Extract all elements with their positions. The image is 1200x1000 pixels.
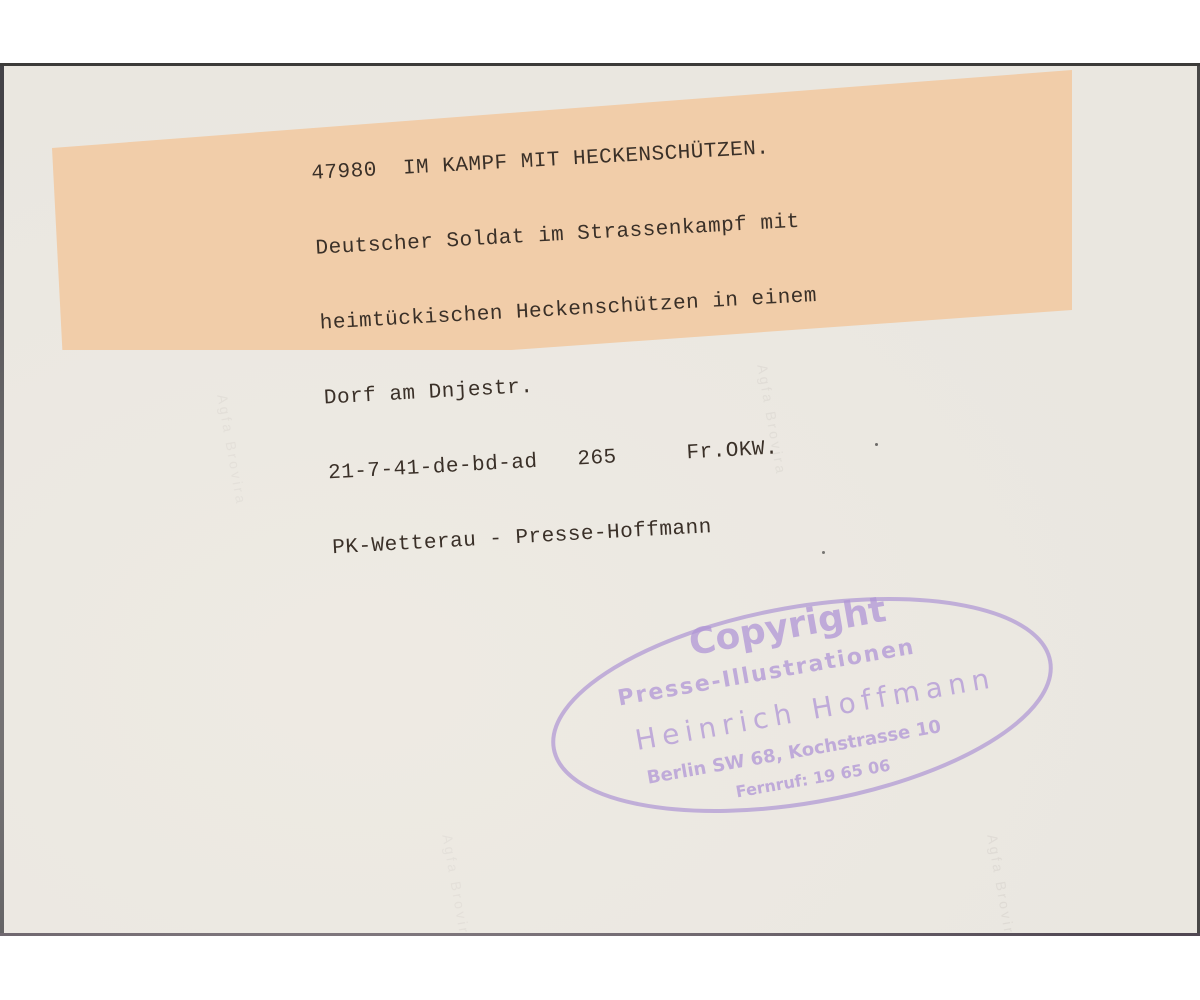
date-code: 21-7-41-de-bd-ad xyxy=(328,451,539,486)
caption-line-3: heimtückischen Heckenschützen in einem xyxy=(319,284,818,337)
caption-line-2: Deutscher Soldat im Strassenkampf mit xyxy=(315,209,814,262)
caption-line-5: 21-7-41-de-bd-ad265Fr.OKW. xyxy=(328,434,827,487)
photo-number: 47980 xyxy=(311,159,378,186)
ink-speck xyxy=(875,443,878,446)
caption-title: IM KAMPF MIT HECKENSCHÜTZEN. xyxy=(402,137,770,180)
release-note: Fr.OKW. xyxy=(686,437,779,465)
paper-watermark: Agfa Brovira xyxy=(439,833,474,936)
paper-watermark: Agfa Brovira xyxy=(214,393,249,507)
copyright-stamp: Copyright Presse-Illustrationen Heinrich… xyxy=(540,555,1060,835)
caption-line-6: PK-Wetterau - Presse-Hoffmann xyxy=(332,509,831,562)
paper-watermark: Agfa Brovira xyxy=(984,833,1019,936)
image-count: 265 xyxy=(577,446,618,471)
caption-line-1: 47980 IM KAMPF MIT HECKENSCHÜTZEN. xyxy=(311,134,810,187)
caption-text: 47980 IM KAMPF MIT HECKENSCHÜTZEN. Deuts… xyxy=(308,84,832,586)
caption-line-4: Dorf am Dnjestr. xyxy=(323,359,822,412)
